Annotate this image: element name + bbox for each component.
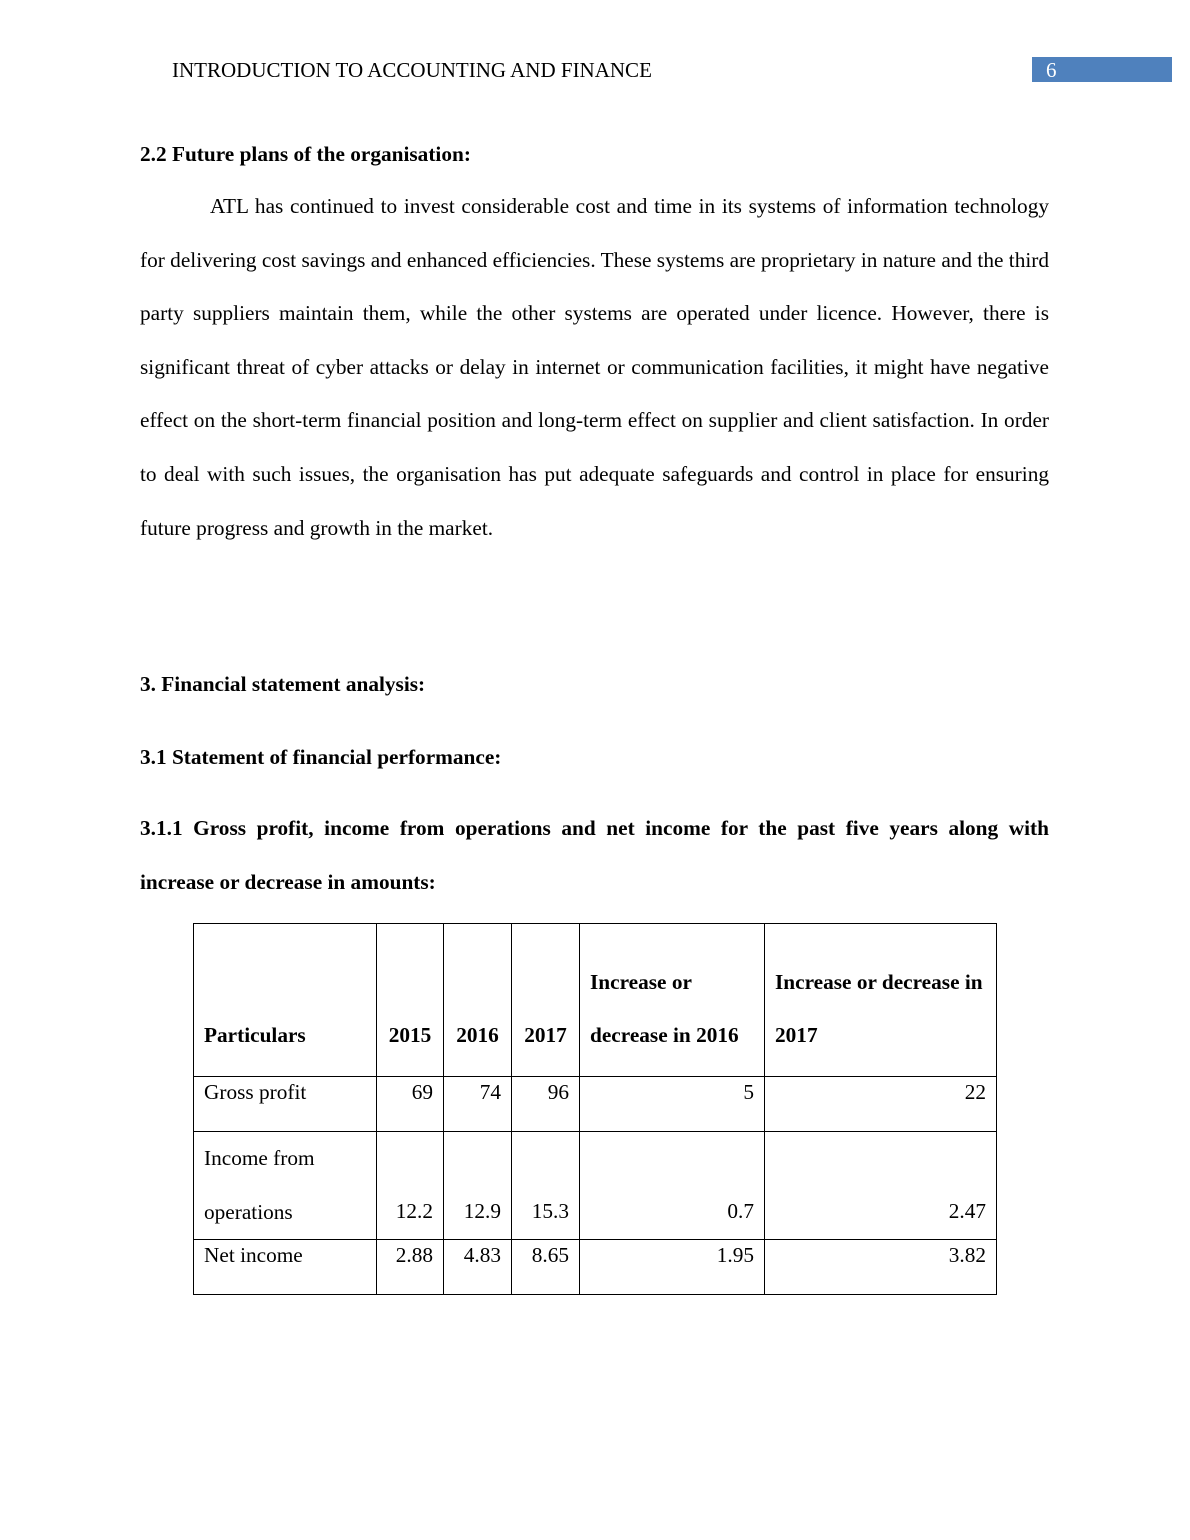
section-heading-gross-profit: 3.1.1 Gross profit, income from operatio…: [140, 802, 1049, 909]
table-row: Income from operations 12.2 12.9 15.3 0.…: [194, 1132, 997, 1240]
cell-2017: 15.3: [512, 1132, 580, 1240]
cell-2016: 12.9: [444, 1132, 512, 1240]
cell-2017: 8.65: [512, 1240, 580, 1295]
table-row: Gross profit 69 74 96 5 22: [194, 1077, 997, 1132]
cell-2017: 96: [512, 1077, 580, 1132]
cell-2015: 2.88: [377, 1240, 444, 1295]
table-header-row: Particulars 2015 2016 2017 Increase or d…: [194, 924, 997, 1077]
column-header-2017: 2017: [512, 924, 580, 1077]
financial-performance-table: Particulars 2015 2016 2017 Increase or d…: [193, 923, 997, 1295]
cell-2015: 69: [377, 1077, 444, 1132]
column-header-2015: 2015: [377, 924, 444, 1077]
cell-2016: 74: [444, 1077, 512, 1132]
cell-change-2016: 0.7: [580, 1132, 765, 1240]
cell-change-2017: 3.82: [765, 1240, 997, 1295]
column-header-change-2017: Increase or decrease in 2017: [765, 924, 997, 1077]
cell-change-2017: 22: [765, 1077, 997, 1132]
running-header-title: INTRODUCTION TO ACCOUNTING AND FINANCE: [172, 57, 652, 83]
section-heading-future-plans: 2.2 Future plans of the organisation:: [140, 141, 471, 167]
section-heading-financial-performance: 3.1 Statement of financial performance:: [140, 744, 501, 770]
cell-change-2016: 5: [580, 1077, 765, 1132]
column-header-particulars: Particulars: [194, 924, 377, 1077]
row-label: Gross profit: [194, 1077, 377, 1132]
column-header-change-2016: Increase or decrease in 2016: [580, 924, 765, 1077]
table-row: Net income 2.88 4.83 8.65 1.95 3.82: [194, 1240, 997, 1295]
cell-2016: 4.83: [444, 1240, 512, 1295]
page-number-badge: 6: [1032, 57, 1172, 82]
cell-change-2016: 1.95: [580, 1240, 765, 1295]
page-number: 6: [1046, 58, 1057, 82]
cell-change-2017: 2.47: [765, 1132, 997, 1240]
section-heading-financial-analysis: 3. Financial statement analysis:: [140, 671, 425, 697]
cell-2015: 12.2: [377, 1132, 444, 1240]
column-header-2016: 2016: [444, 924, 512, 1077]
future-plans-paragraph: ATL has continued to invest considerable…: [140, 180, 1049, 555]
row-label: Net income: [194, 1240, 377, 1295]
row-label: Income from operations: [194, 1132, 377, 1240]
